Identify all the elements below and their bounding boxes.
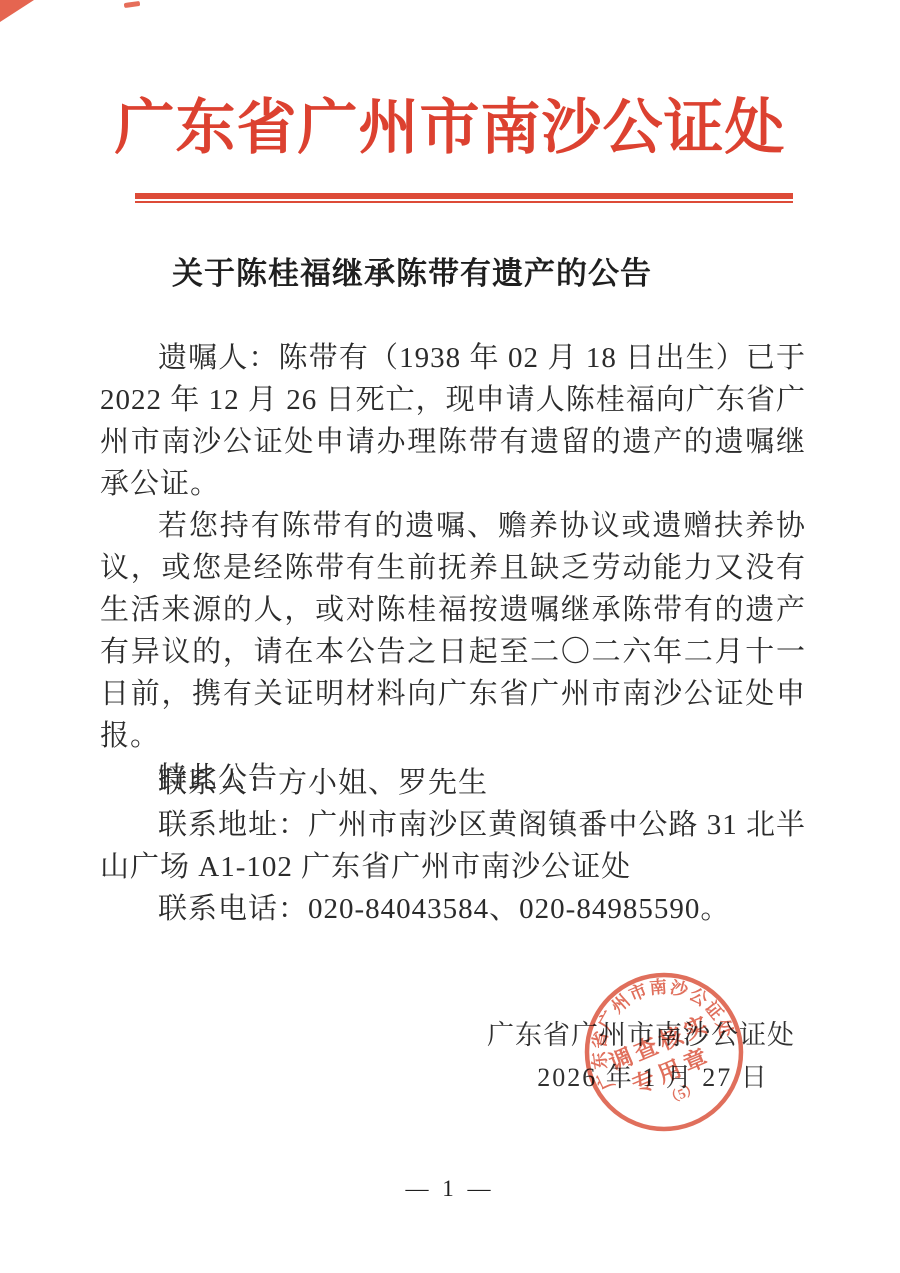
page-number: — 1 —: [0, 1176, 900, 1202]
notice-paragraph-1: 遗嘱人：陈带有（1938 年 02 月 18 日出生）已于 2022 年 12 …: [100, 337, 806, 505]
notice-paragraph-2: 若您持有陈带有的遗嘱、赡养协议或遗赠扶养协议，或您是经陈带有生前抚养且缺乏劳动能…: [100, 505, 806, 757]
contact-address: 联系地址：广州市南沙区黄阁镇番中公路 31 北半山广场 A1-102 广东省广州…: [100, 804, 806, 888]
letterhead-rule: [135, 193, 793, 203]
contact-person: 联系人：方小姐、罗先生: [100, 762, 806, 804]
notice-document-page: 广东省广州市南沙公证处 关于陈桂福继承陈带有遗产的公告 遗嘱人：陈带有（1938…: [0, 0, 900, 1273]
notice-title: 关于陈桂福继承陈带有遗产的公告: [0, 248, 862, 293]
letterhead-rule-thin: [135, 201, 793, 203]
contact-phone: 联系电话：020-84043584、020-84985590。: [100, 888, 806, 930]
official-seal-stamp: 广东省广州市南沙公证处 调查核实 专用章 （5）: [561, 949, 767, 1155]
notice-body: 遗嘱人：陈带有（1938 年 02 月 18 日出生）已于 2022 年 12 …: [100, 337, 806, 799]
letterhead-org-name: 广东省广州市南沙公证处: [0, 80, 900, 166]
contact-info: 联系人：方小姐、罗先生 联系地址：广州市南沙区黄阁镇番中公路 31 北半山广场 …: [100, 762, 806, 930]
scan-artifact-tick: [124, 1, 141, 8]
scan-artifact-corner: [0, 0, 34, 22]
